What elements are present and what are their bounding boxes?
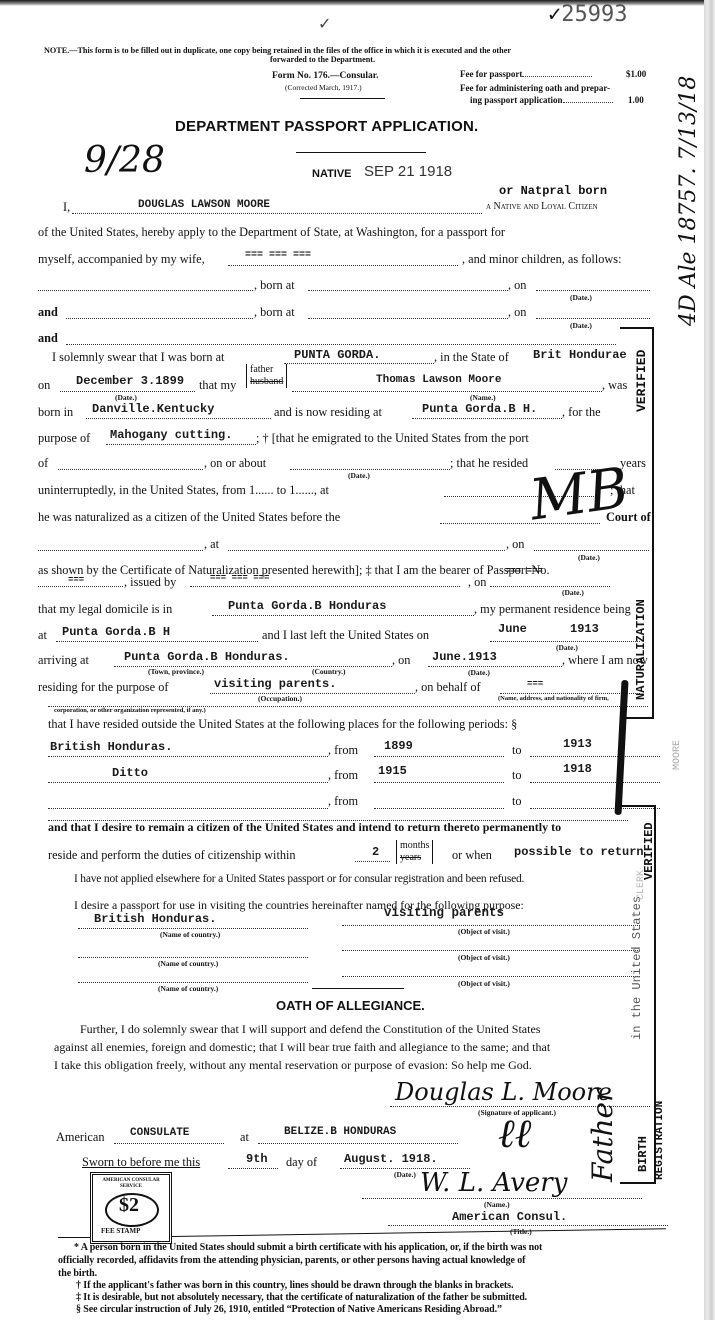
period-to-label-3: to [512,794,522,809]
date-caption-7: (Date.) [556,643,578,652]
footnote-divider-right [172,1228,666,1237]
official-signature: W. L. Avery [420,1168,567,1198]
emigrated-text: ; † [that he emigrated to the United Sta… [256,431,529,446]
country-caption: (Country.) [312,667,346,676]
behalf-value: === [527,679,543,689]
fee-passport-label: Fee for passport [460,69,592,79]
official-title: American Consul. [452,1210,567,1224]
footnote-6: § See circular instruction of July 26, 1… [76,1304,502,1315]
page-title: DEPARTMENT PASSPORT APPLICATION. [175,118,478,135]
oath-title: OATH OF ALLEGIANCE. [276,998,425,1013]
footnote-4: † If the applicant's father was born in … [76,1280,513,1291]
period-to-1: 1913 [563,737,592,751]
checkmark-icon: ✓ [548,2,561,27]
oath-line-1: Further, I do solemnly swear that I will… [80,1022,540,1037]
united-states-stamp: in the United States [630,896,644,1040]
arriving-date: June.1913 [432,650,497,664]
oath-line-2: against all enemies, foreign and domesti… [54,1040,550,1055]
child2-on: , on [508,305,526,320]
child3-line [66,344,616,345]
birth-state: Brit Hondurae [533,348,627,362]
issued-by-value: === === === [210,573,269,583]
footnote-1: * A person born in the United States sho… [74,1242,542,1253]
issued-by-label: , issued by [124,575,176,590]
or-when-label: or when [452,848,492,863]
uninterruptedly-text: uninterruptedly, in the United States, f… [38,483,329,498]
note-text-2: forwarded to the Department. [270,55,375,64]
on-label-2: , on [506,537,524,552]
country-1: British Honduras. [94,912,216,926]
domicile-label: that my legal domicile is in [38,602,172,617]
child2-place-line [308,318,508,319]
arriving-place: Punta Gorda.B Honduras. [124,650,290,664]
native-label: NATIVE [312,168,352,180]
of-label: of [38,456,48,471]
country-caption-1: (Name of country.) [160,930,220,939]
residing-label: residing for the purpose of [38,680,168,695]
resided-label: ; that he resided [450,456,528,471]
wife-label: myself, accompanied by my wife, [38,252,205,267]
verified-stamp-1: VERIFIED [634,350,649,412]
fee-stamp: AMERICAN CONSULAR SERVICE $2 FEE STAMP [90,1172,172,1244]
consulate-office: CONSULATE [130,1127,189,1139]
behalf-label: , on behalf of [415,680,481,695]
permanent-residence: Punta Gorda.B H [62,625,170,639]
wife-value: === === === [245,250,311,261]
last-left-label: and I last left the United States on [262,628,429,643]
period-from-label-3: , from [328,794,358,809]
residing-purpose: visiting parents. [214,677,336,691]
name-caption-2: (Name.) [484,1200,510,1209]
divider [300,98,385,99]
file-number: ✓25993 [548,2,627,27]
date-caption-8: (Date.) [468,668,490,677]
handwritten-initials: MB [526,455,633,533]
period-place-1: British Honduras. [50,740,172,754]
consulate-at: at [240,1130,249,1145]
birthplace: PUNTA GORDA. [294,348,380,362]
state-of-label: , in the State of [434,350,509,365]
date-caption-9: (Date.) [394,1170,416,1179]
period-place-2: Ditto [112,766,148,780]
handwritten-note-left: 9/28 [84,140,165,181]
last-left-date: June 1913 [498,622,599,636]
intro-i: I, [63,200,70,215]
period-to-label-2: to [512,768,522,783]
american-label: American [56,1130,104,1145]
registration-stamp: REGISTRATION [654,1101,666,1180]
day-of-label: day of [286,1155,317,1170]
issued-on-value: === === [505,566,543,576]
name-caption: (Name.) [470,393,496,402]
fee-oath-label-2: ing passport application [470,95,613,105]
divider-2 [312,988,404,989]
birth-stamp: BIRTH [636,1136,650,1172]
handwritten-initials-2: ℓℓ [498,1110,531,1157]
object-caption-2: (Object of visit.) [458,953,510,962]
father-purpose: Mahogany cutting. [110,428,232,442]
period-to-2: 1918 [563,762,592,776]
months-years-bracket: months years [396,840,433,864]
child1-on: , on [508,278,526,293]
child1-place-line [308,290,508,291]
footnote-divider-left [58,1237,90,1238]
periods-intro: that I have resided outside the United S… [48,717,517,732]
period-to-label-1: to [512,743,522,758]
sworn-day: 9th [246,1152,268,1166]
fee-stamp-bottom: FEE STAMP [101,1227,140,1235]
scan-right-edge [704,0,715,1320]
or-natural-born: or Natpral born [499,184,607,198]
stamp-line [296,152,426,153]
fee-passport-value: $1.00 [626,69,646,79]
country-caption-2: (Name of country.) [158,959,218,968]
date-caption-2: (Date.) [570,321,592,330]
name-address-caption: (Name, address, and nationality of firm, [498,695,609,702]
passport-number: === [68,575,84,585]
wife-line [228,265,458,266]
on-label-3: , on [468,575,486,590]
intent-line-1: and that I desire to remain a citizen of… [48,820,561,835]
birth-date: December 3.1899 [76,374,184,388]
handwritten-margin-note: 4D Ale 18757. 7/13/18 [676,76,701,326]
child1-date-line [536,290,650,291]
form-number: Form No. 176.—Consular. [272,71,379,81]
object-caption-1: (Object of visit.) [458,927,510,936]
native-loyal: a Native and Loyal Citizen [486,201,598,212]
date-caption-4: (Date.) [348,471,370,480]
sworn-born-at: I solemnly swear that I was born at [52,350,224,365]
received-date-stamp: SEP 21 1918 [364,163,452,180]
at-label: , at [204,537,219,552]
child2-date-line [536,318,650,319]
arriving-label: arriving at [38,653,89,668]
domicile-value: Punta Gorda.B Honduras [228,599,386,613]
period-from-1: 1899 [384,739,413,753]
period-from-label-1: , from [328,743,358,758]
form-corrected: (Corrected March, 1917.) [285,83,362,92]
on-or-about-label: , on or about [204,456,266,471]
and-label-1: and [38,305,58,320]
fee-stamp-value: $2 [119,1194,139,1217]
check-mark-top: ✓ [318,14,331,34]
not-applied-text: I have not applied elsewhere for a Unite… [74,873,524,885]
for-the-label: , for the [562,405,601,420]
child1-name-line [38,290,253,291]
within-value: 2 [372,845,379,859]
now-residing-label: and is now residing at [274,405,382,420]
permanent-residence-label: , my permanent residence being [474,602,631,617]
apply-text: of the United States, hereby apply to th… [38,225,505,240]
corporation-caption: corporation, or other organization repre… [54,707,206,714]
father-name: Thomas Lawson Moore [376,374,501,386]
date-caption: (Date.) [570,293,592,302]
object-caption-3: (Object of visit.) [458,979,510,988]
naturalization-stamp: NATURALIZATION [634,599,648,700]
child2-born-at: , born at [254,305,295,320]
occupation-caption: (Occupation.) [258,694,302,703]
footnote-2: officially recorded, affidavits from the… [58,1255,525,1266]
date-caption-5: (Date.) [578,553,600,562]
father-birthplace: Danville.Kentucky [92,402,214,416]
town-caption: (Town, province.) [148,667,204,676]
footnote-5: ‡ It is desirable, but not absolutely ne… [76,1292,527,1303]
consulate-location: BELIZE.B HONDURAS [284,1126,396,1138]
moore-faint-stamp: MOORE [672,740,683,770]
minor-children-text: , and minor children, as follows: [462,252,622,267]
purpose-of-label: purpose of [38,431,90,446]
name-line [72,213,482,214]
period-from-label-2: , from [328,768,358,783]
arriving-on-label: , on [392,653,410,668]
father-residence: Punta Gorda.B H. [422,402,537,416]
footnote-3: the birth. [58,1268,97,1279]
intent-line-2: reside and perform the duties of citizen… [48,848,296,863]
date-caption-3: (Date.) [115,393,137,402]
that-my-label: that my [199,378,236,393]
father-margin-note: Father [586,1089,619,1182]
child2-name-line [66,318,253,319]
sworn-label: Sworn to before me this [82,1155,200,1170]
fee-oath-label: Fee for administering oath and prepar- [460,83,610,93]
object-1: visiting parents [384,906,504,920]
at-label-2: at [38,628,47,643]
applicant-name: DOUGLAS LAWSON MOORE [138,199,270,211]
and-label-2: and [38,331,58,346]
period-from-2: 1915 [378,764,407,778]
born-in-label: born in [38,405,73,420]
father-husband-bracket: father husband [246,364,287,388]
note-text: NOTE.—This form is to be filled out in d… [44,46,511,55]
clerk-faint-stamp: CLERK [636,870,647,900]
fee-stamp-top: AMERICAN CONSULAR SERVICE [99,1178,163,1190]
naturalized-text: he was naturalized as a citizen of the U… [38,510,340,525]
on-label: on [38,378,50,393]
fee-oath-value: 1.00 [628,95,644,105]
applicant-signature: Douglas L. Moore [395,1078,612,1106]
oath-line-3: I take this obligation freely, without a… [54,1058,532,1073]
sworn-date: August. 1918. [344,1152,438,1166]
date-caption-6: (Date.) [562,588,584,597]
child1-born-at: , born at [254,278,295,293]
country-caption-3: (Name of country.) [158,984,218,993]
